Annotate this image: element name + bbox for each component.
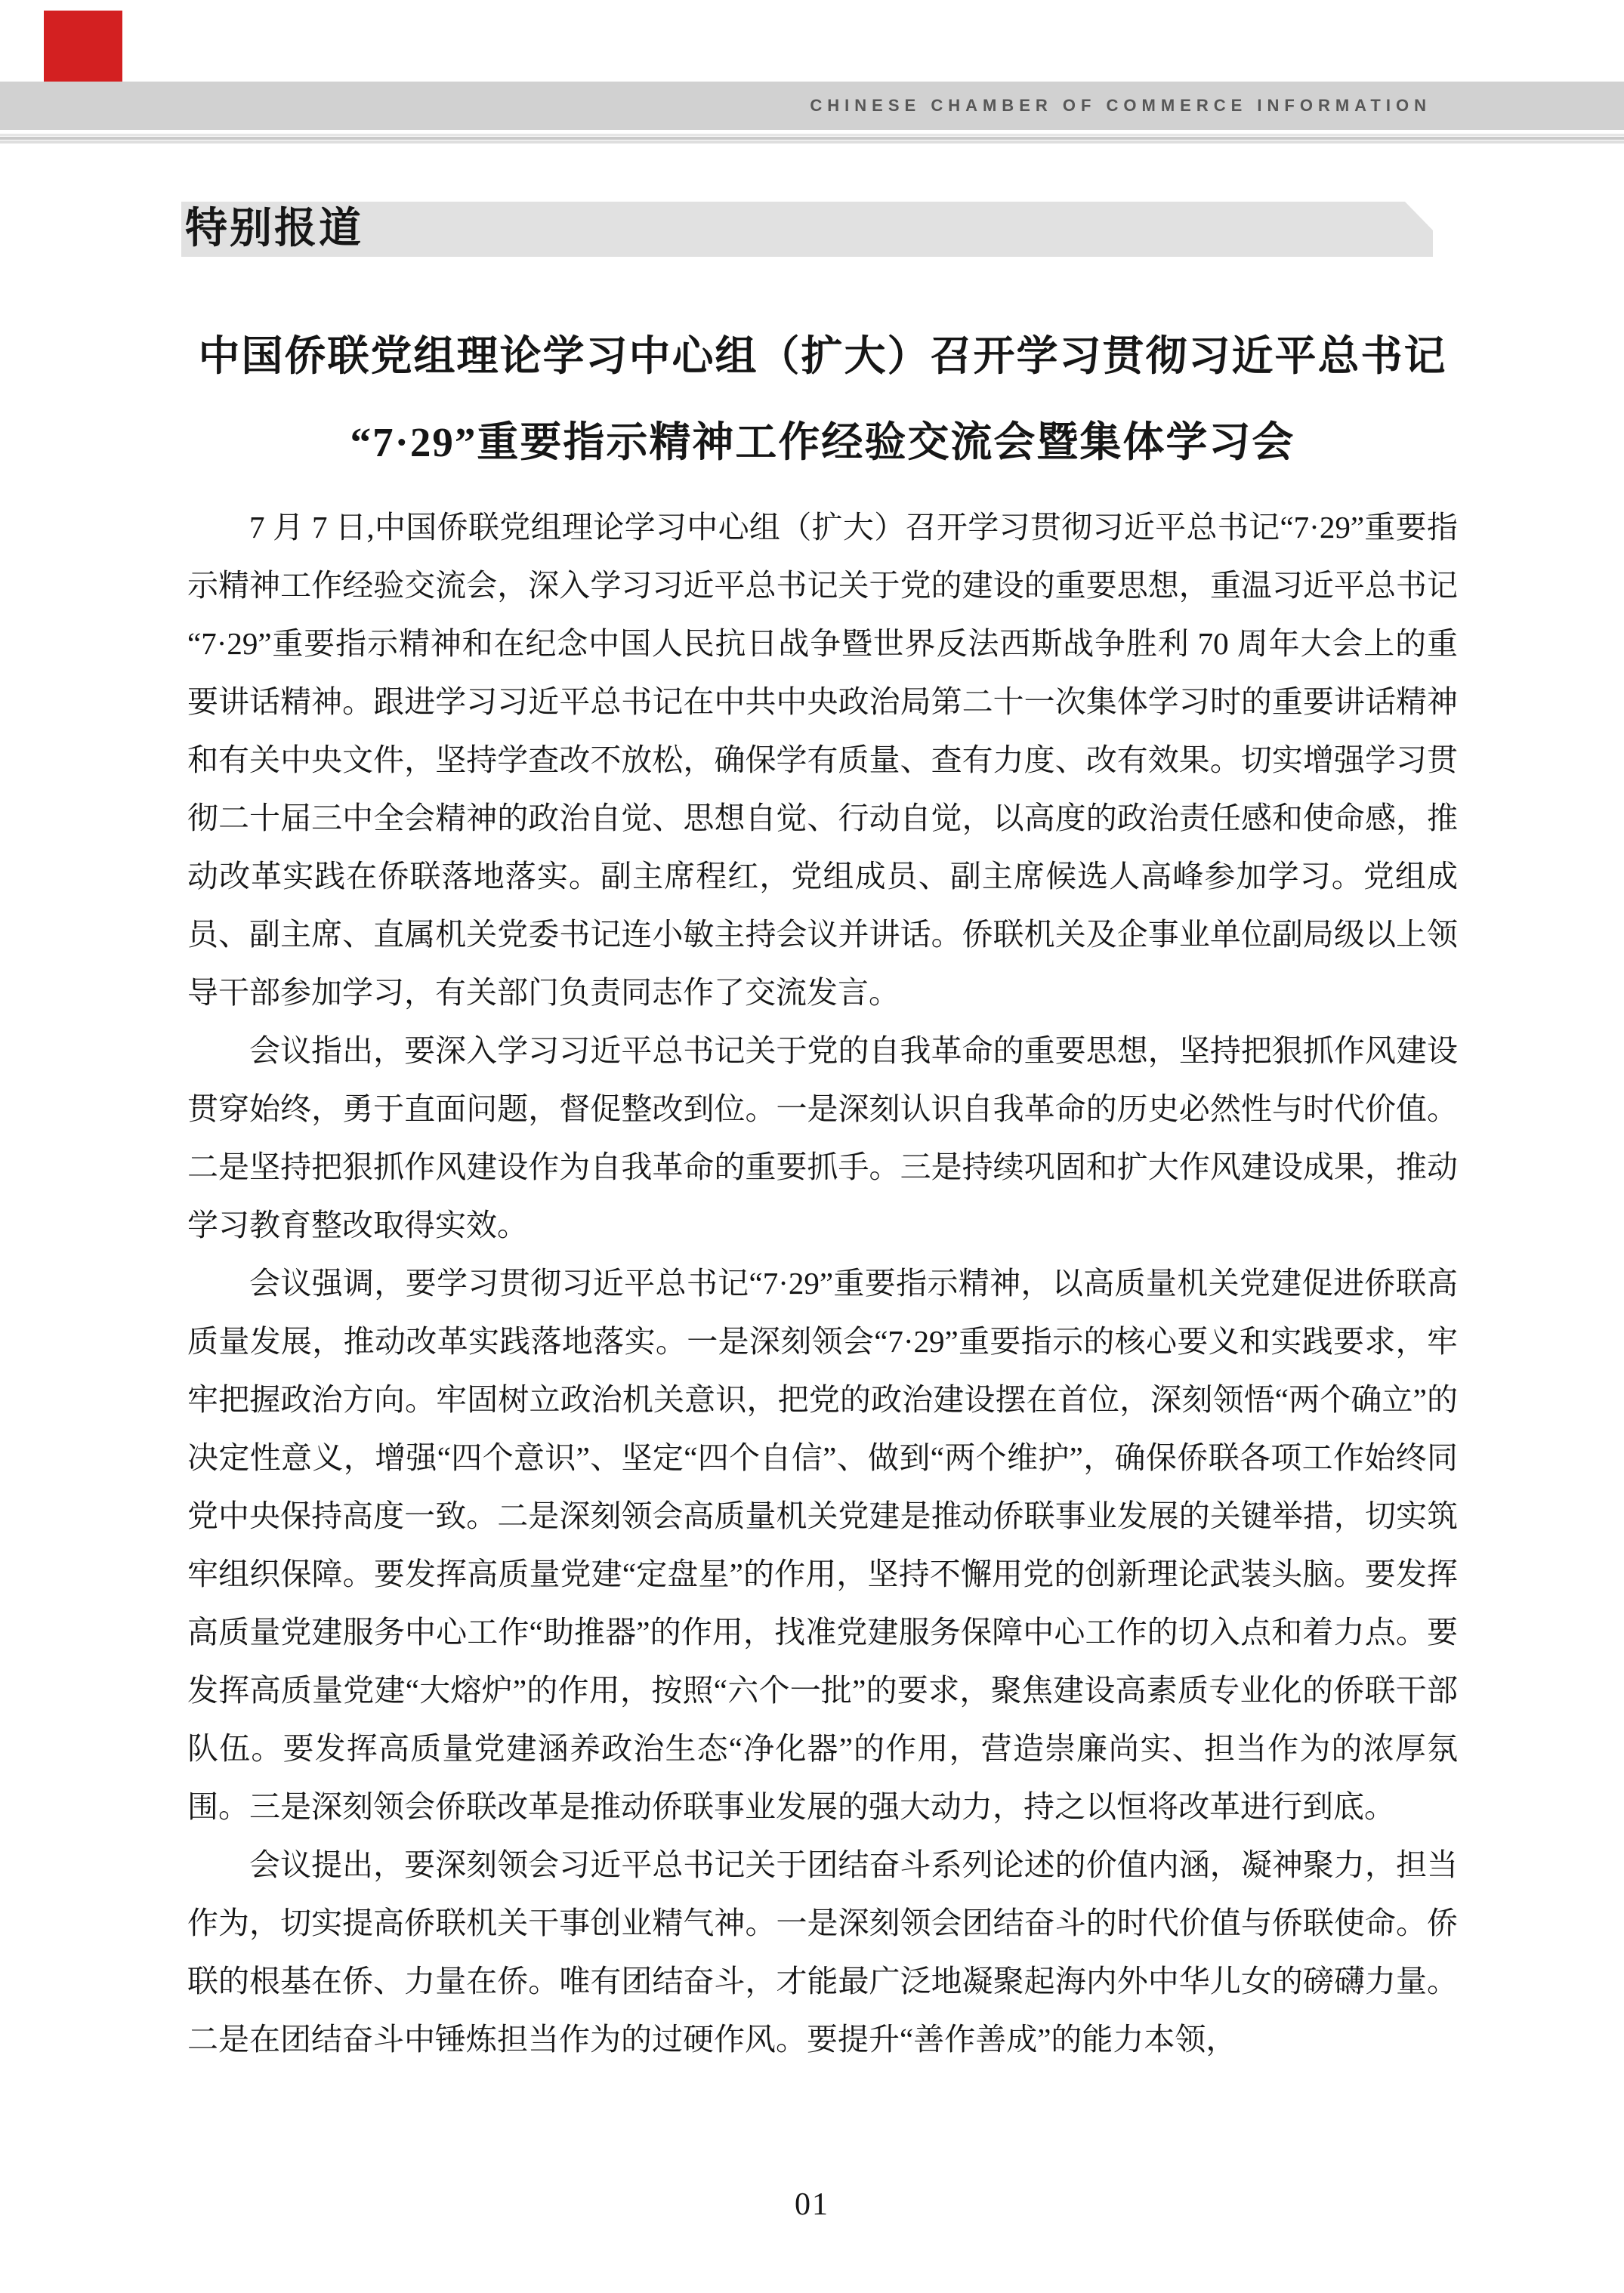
page-number: 01 <box>0 2187 1624 2223</box>
article-title-line2: “7·29”重要指示精神工作经验交流会暨集体学习会 <box>187 400 1458 486</box>
paragraph: 7 月 7 日,中国侨联党组理论学习中心组（扩大）召开学习贯彻习近平总书记“7·… <box>187 498 1458 1022</box>
article-title-line1: 中国侨联党组理论学习中心组（扩大）召开学习贯彻习近平总书记 <box>187 313 1458 400</box>
masthead-bar: CHINESE CHAMBER OF COMMERCE INFORMATION <box>0 82 1624 130</box>
article-title: 中国侨联党组理论学习中心组（扩大）召开学习贯彻习近平总书记 “7·29”重要指示… <box>187 313 1458 486</box>
paragraph: 会议提出，要深刻领会习近平总书记关于团结奋斗系列论述的价值内涵，凝神聚力，担当作… <box>187 1836 1458 2069</box>
article-body: 7 月 7 日,中国侨联党组理论学习中心组（扩大）召开学习贯彻习近平总书记“7·… <box>187 498 1458 2069</box>
paragraph: 会议指出，要深入学习习近平总书记关于党的自我革命的重要思想，坚持把狠抓作风建设贯… <box>187 1022 1458 1255</box>
document-page: CHINESE CHAMBER OF COMMERCE INFORMATION … <box>0 0 1624 2293</box>
paragraph: 会议强调，要学习贯彻习近平总书记“7·29”重要指示精神，以高质量机关党建促进侨… <box>187 1255 1458 1836</box>
section-banner: 特别报道 <box>181 202 1433 257</box>
masthead-title: CHINESE CHAMBER OF COMMERCE INFORMATION <box>810 82 1431 130</box>
masthead-rule-band <box>0 134 1624 144</box>
corner-red-square <box>44 11 122 85</box>
section-label: 特别报道 <box>185 202 363 257</box>
